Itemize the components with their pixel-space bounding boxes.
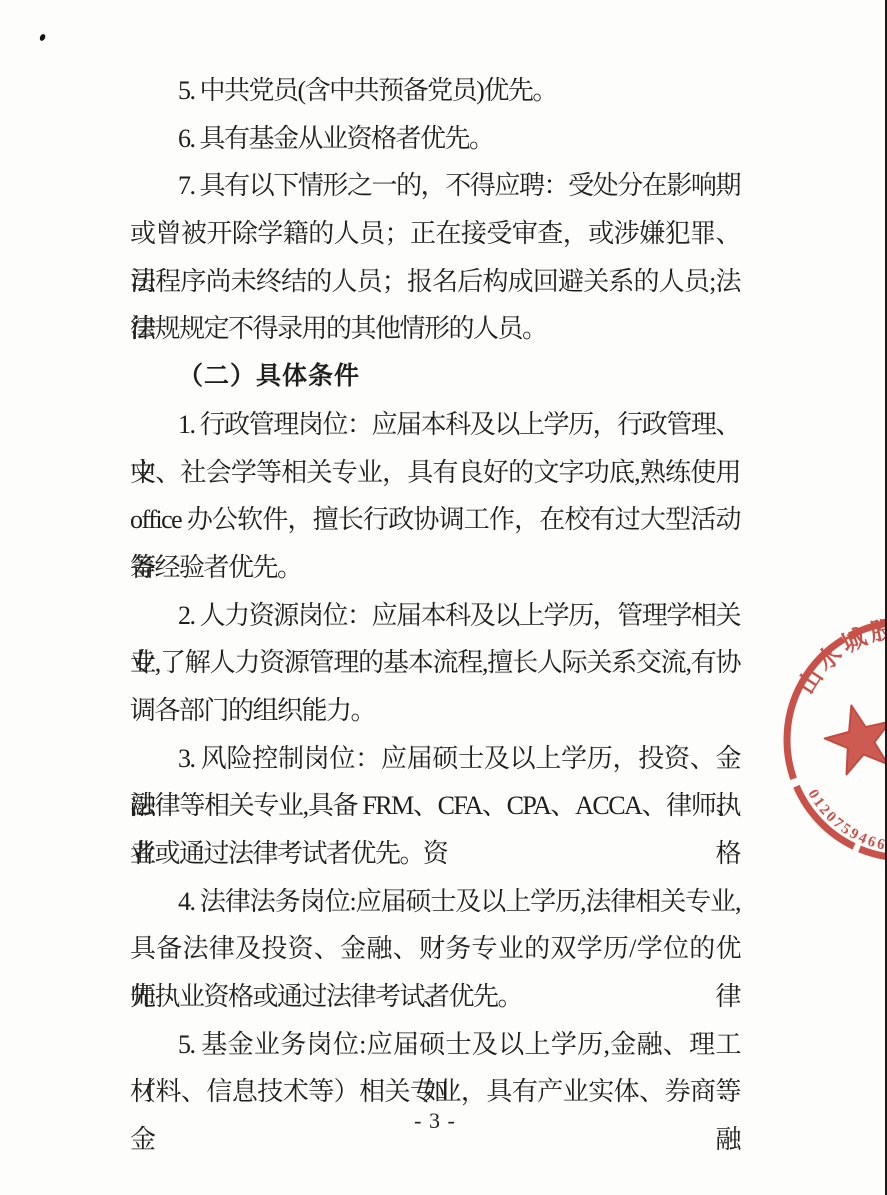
text-line: 5. 基金业务岗位:应届硕士及以上学历,金融、理工（如：: [130, 1021, 740, 1069]
scan-speck: [39, 33, 46, 41]
text-line: 3. 风险控制岗位：应届硕士及以上学历，投资、金融、: [130, 735, 740, 783]
text-line: 或曾被开除学籍的人员；正在接受审查，或涉嫌犯罪、司: [130, 210, 740, 258]
scanned-document-page: 5. 中共党员(含中共预备党员)优先。6. 具有基金从业资格者优先。7. 具有以…: [0, 0, 887, 1195]
text-line: 备经验者优先。: [130, 544, 740, 592]
text-line: 4. 法律法务岗位:应届硕士及以上学历,法律相关专业,: [130, 878, 740, 926]
text-line: 具备法律及投资、金融、财务专业的双学历/学位的优先、律: [130, 925, 740, 973]
text-line: 文、社会学等相关专业，具有良好的文字功底,熟练使用: [130, 449, 740, 497]
text-line: 法律等相关专业,具备 FRM、CFA、CPA、ACCA、律师执业资格: [130, 782, 740, 830]
text-line: 法程序尚未终结的人员；报名后构成回避关系的人员;法律: [130, 258, 740, 306]
company-seal-stamp: 山水城股权投资基 01207594663: [765, 595, 887, 875]
text-line: 7. 具有以下情形之一的，不得应聘：受处分在影响期: [130, 162, 740, 210]
section-heading: （二）具体条件: [130, 353, 740, 401]
text-line: 2. 人力资源岗位：应届本科及以上学历，管理学相关专: [130, 592, 740, 640]
text-line: 调各部门的组织能力。: [130, 687, 740, 735]
text-line: 1. 行政管理岗位：应届本科及以上学历，行政管理、中: [130, 401, 740, 449]
document-body-text: 5. 中共党员(含中共预备党员)优先。6. 具有基金从业资格者优先。7. 具有以…: [130, 67, 740, 1116]
stamp-star-icon: [822, 702, 887, 777]
text-line: 6. 具有基金从业资格者优先。: [130, 115, 740, 163]
text-line: office 办公软件，擅长行政协调工作，在校有过大型活动筹: [130, 496, 740, 544]
text-line: 法规规定不得录用的其他情形的人员。: [130, 305, 740, 353]
page-number: - 3 -: [130, 1108, 740, 1134]
stamp-arc-text: 山水城股权投资基: [793, 614, 887, 699]
text-line: 业,了解人力资源管理的基本流程,擅长人际关系交流,有协: [130, 639, 740, 687]
text-line: 5. 中共党员(含中共预备党员)优先。: [130, 67, 740, 115]
